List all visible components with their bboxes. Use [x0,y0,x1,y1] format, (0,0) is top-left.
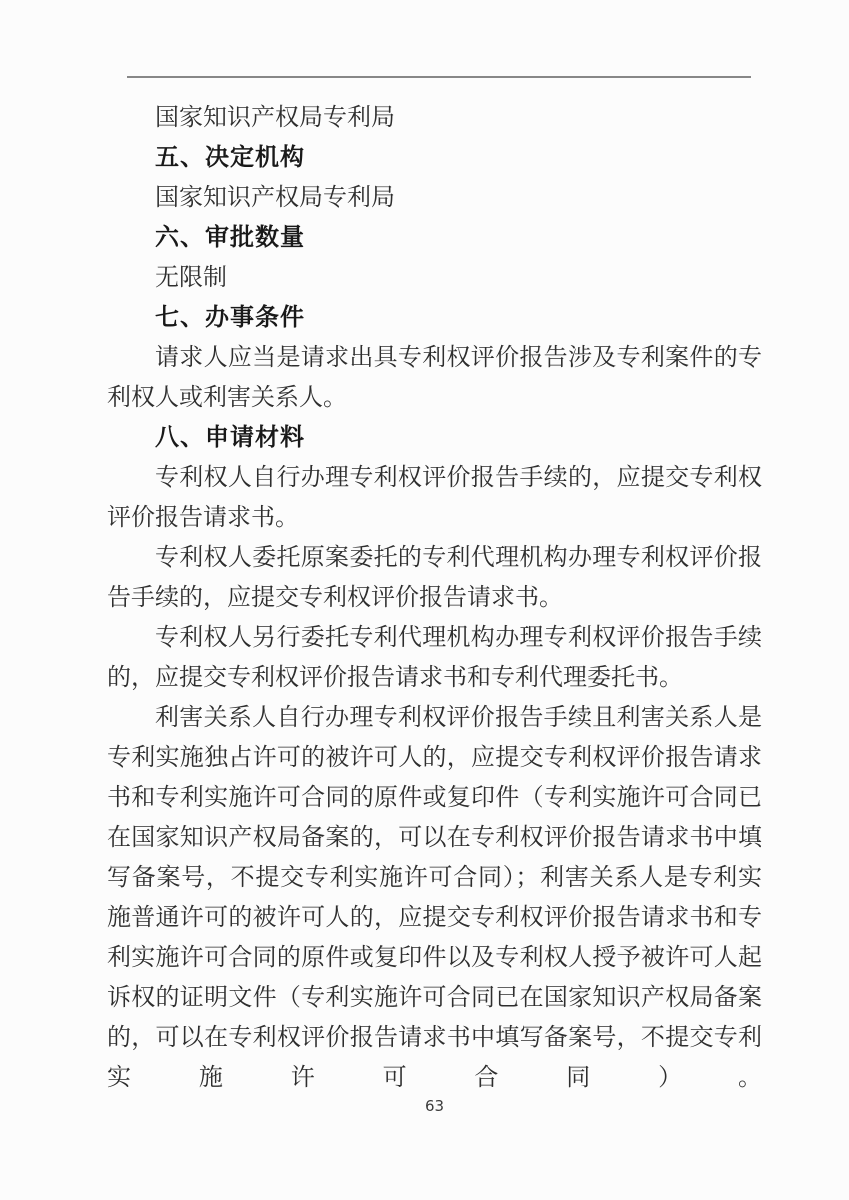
page-number: 63 [107,1095,762,1117]
section-heading: 七、办事条件 [107,297,762,337]
header-rule [127,76,751,78]
body-paragraph: 请求人应当是请求出具专利权评价报告涉及专利案件的专利权人或利害关系人。 [107,337,762,417]
body-paragraph: 利害关系人自行办理专利权评价报告手续且利害关系人是专利实施独占许可的被许可人的，… [107,697,762,1097]
body-paragraph: 专利权人自行办理专利权评价报告手续的，应提交专利权评价报告请求书。 [107,457,762,537]
body-paragraph: 无限制 [107,257,762,297]
section-heading: 八、申请材料 [107,417,762,457]
document-body: 国家知识产权局专利局五、决定机构国家知识产权局专利局六、审批数量无限制七、办事条… [107,97,762,1097]
body-paragraph: 专利权人另行委托专利代理机构办理专利权评价报告手续的，应提交专利权评价报告请求书… [107,617,762,697]
body-paragraph: 国家知识产权局专利局 [107,177,762,217]
body-paragraph: 国家知识产权局专利局 [107,97,762,137]
section-heading: 六、审批数量 [107,217,762,257]
body-paragraph: 专利权人委托原案委托的专利代理机构办理专利权评价报告手续的，应提交专利权评价报告… [107,537,762,617]
document-page: 国家知识产权局专利局五、决定机构国家知识产权局专利局六、审批数量无限制七、办事条… [0,0,849,1200]
section-heading: 五、决定机构 [107,137,762,177]
